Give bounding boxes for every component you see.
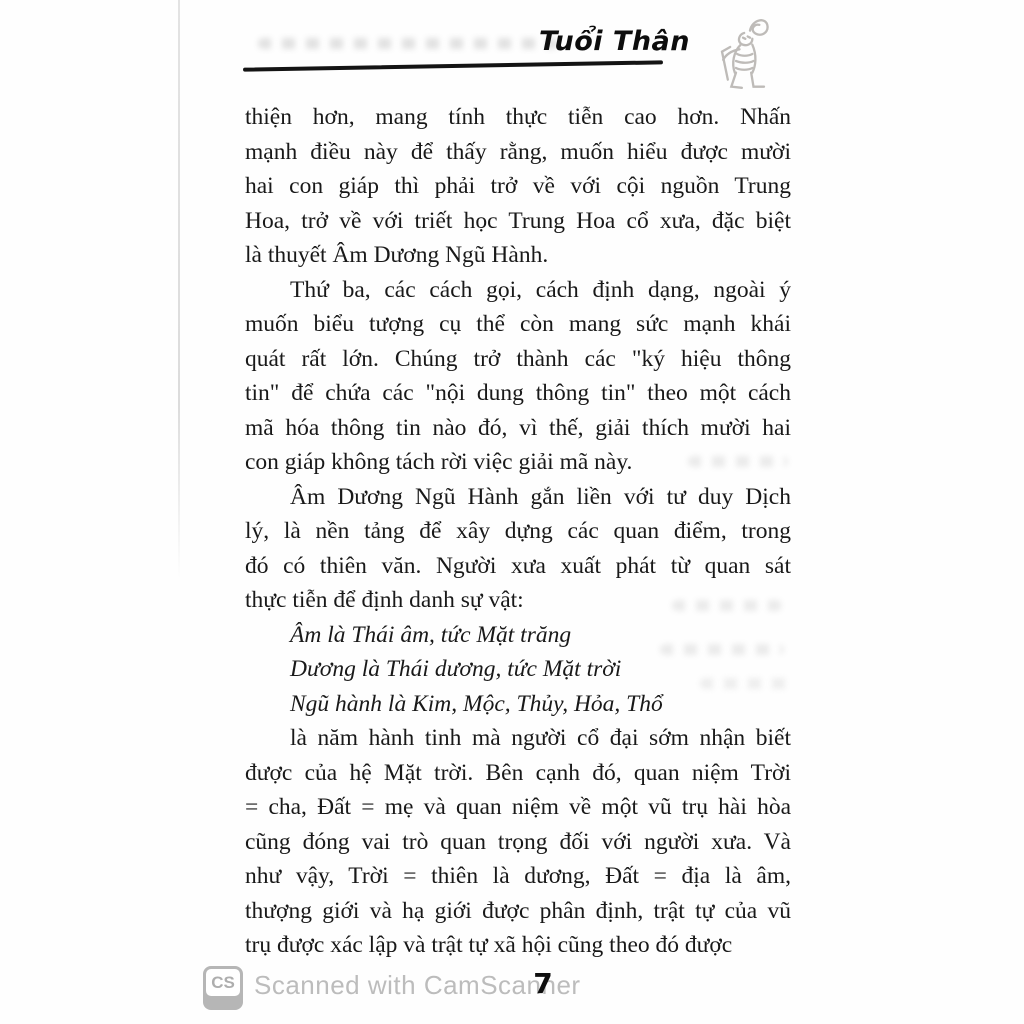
bleed-through-smudge — [688, 456, 788, 467]
text-line: mạnh điều này để thấy rằng, muốn hiểu đư… — [245, 135, 791, 170]
text-line: thượng giới và hạ giới được phân định, t… — [245, 894, 791, 929]
text-line: là năm hành tinh mà người cổ đại sớm nhậ… — [245, 721, 791, 756]
text-line: quát rất lớn. Chúng trở thành các "ký hi… — [245, 342, 791, 377]
text-line: hai con giáp thì phải trở về với cội ngu… — [245, 169, 791, 204]
text-line: Âm Dương Ngũ Hành gắn liền với tư duy Dị… — [245, 480, 791, 515]
camscanner-logo-icon: CS — [203, 966, 243, 1010]
text-line: muốn biểu tượng cụ thể còn mang sức mạnh… — [245, 307, 791, 342]
text-line: lý, là nền tảng để xây dựng các quan điể… — [245, 514, 791, 549]
text-line: trụ được xác lập và trật tự xã hội cũng … — [245, 928, 791, 963]
text-line: như vậy, Trời = thiên là dương, Đất = đị… — [245, 859, 791, 894]
bleed-through-smudge — [672, 600, 782, 611]
page-header-title: Tuổi Thân — [0, 26, 690, 57]
text-line: cũng đóng vai trò quan trọng đối với ngư… — [245, 825, 791, 860]
bleed-through-smudge — [700, 678, 792, 689]
text-line: được của hệ Mặt trời. Bên cạnh đó, quan … — [245, 756, 791, 791]
header-rule — [243, 60, 663, 71]
text-line: tin" để chứa các "nội dung thông tin" th… — [245, 376, 791, 411]
text-line: Thứ ba, các cách gọi, cách định dạng, ng… — [245, 273, 791, 308]
text-line: là thuyết Âm Dương Ngũ Hành. — [245, 238, 791, 273]
text-line: thiện hơn, mang tính thực tiễn cao hơn. … — [245, 100, 791, 135]
body-text: thiện hơn, mang tính thực tiễn cao hơn. … — [245, 100, 791, 963]
monkey-illustration — [707, 12, 779, 96]
bleed-through-smudge — [660, 644, 784, 655]
text-line: mã hóa thông tin nào đó, vì thế, giải th… — [245, 411, 791, 446]
camscanner-logo-text: CS — [206, 969, 240, 996]
text-line: = cha, Đất = mẹ và quan niệm về một vũ t… — [245, 790, 791, 825]
page-number: 7 — [528, 967, 558, 1000]
text-line: Ngũ hành là Kim, Mộc, Thủy, Hỏa, Thổ — [245, 687, 791, 722]
text-line: Hoa, trở về với triết học Trung Hoa cổ x… — [245, 204, 791, 239]
page-edge-shadow — [178, 0, 180, 580]
text-line: đó có thiên văn. Người xưa xuất phát từ … — [245, 549, 791, 584]
scanned-page: Tuổi Thân thiện hơn, mang tính thực tiễn… — [0, 0, 1024, 1024]
